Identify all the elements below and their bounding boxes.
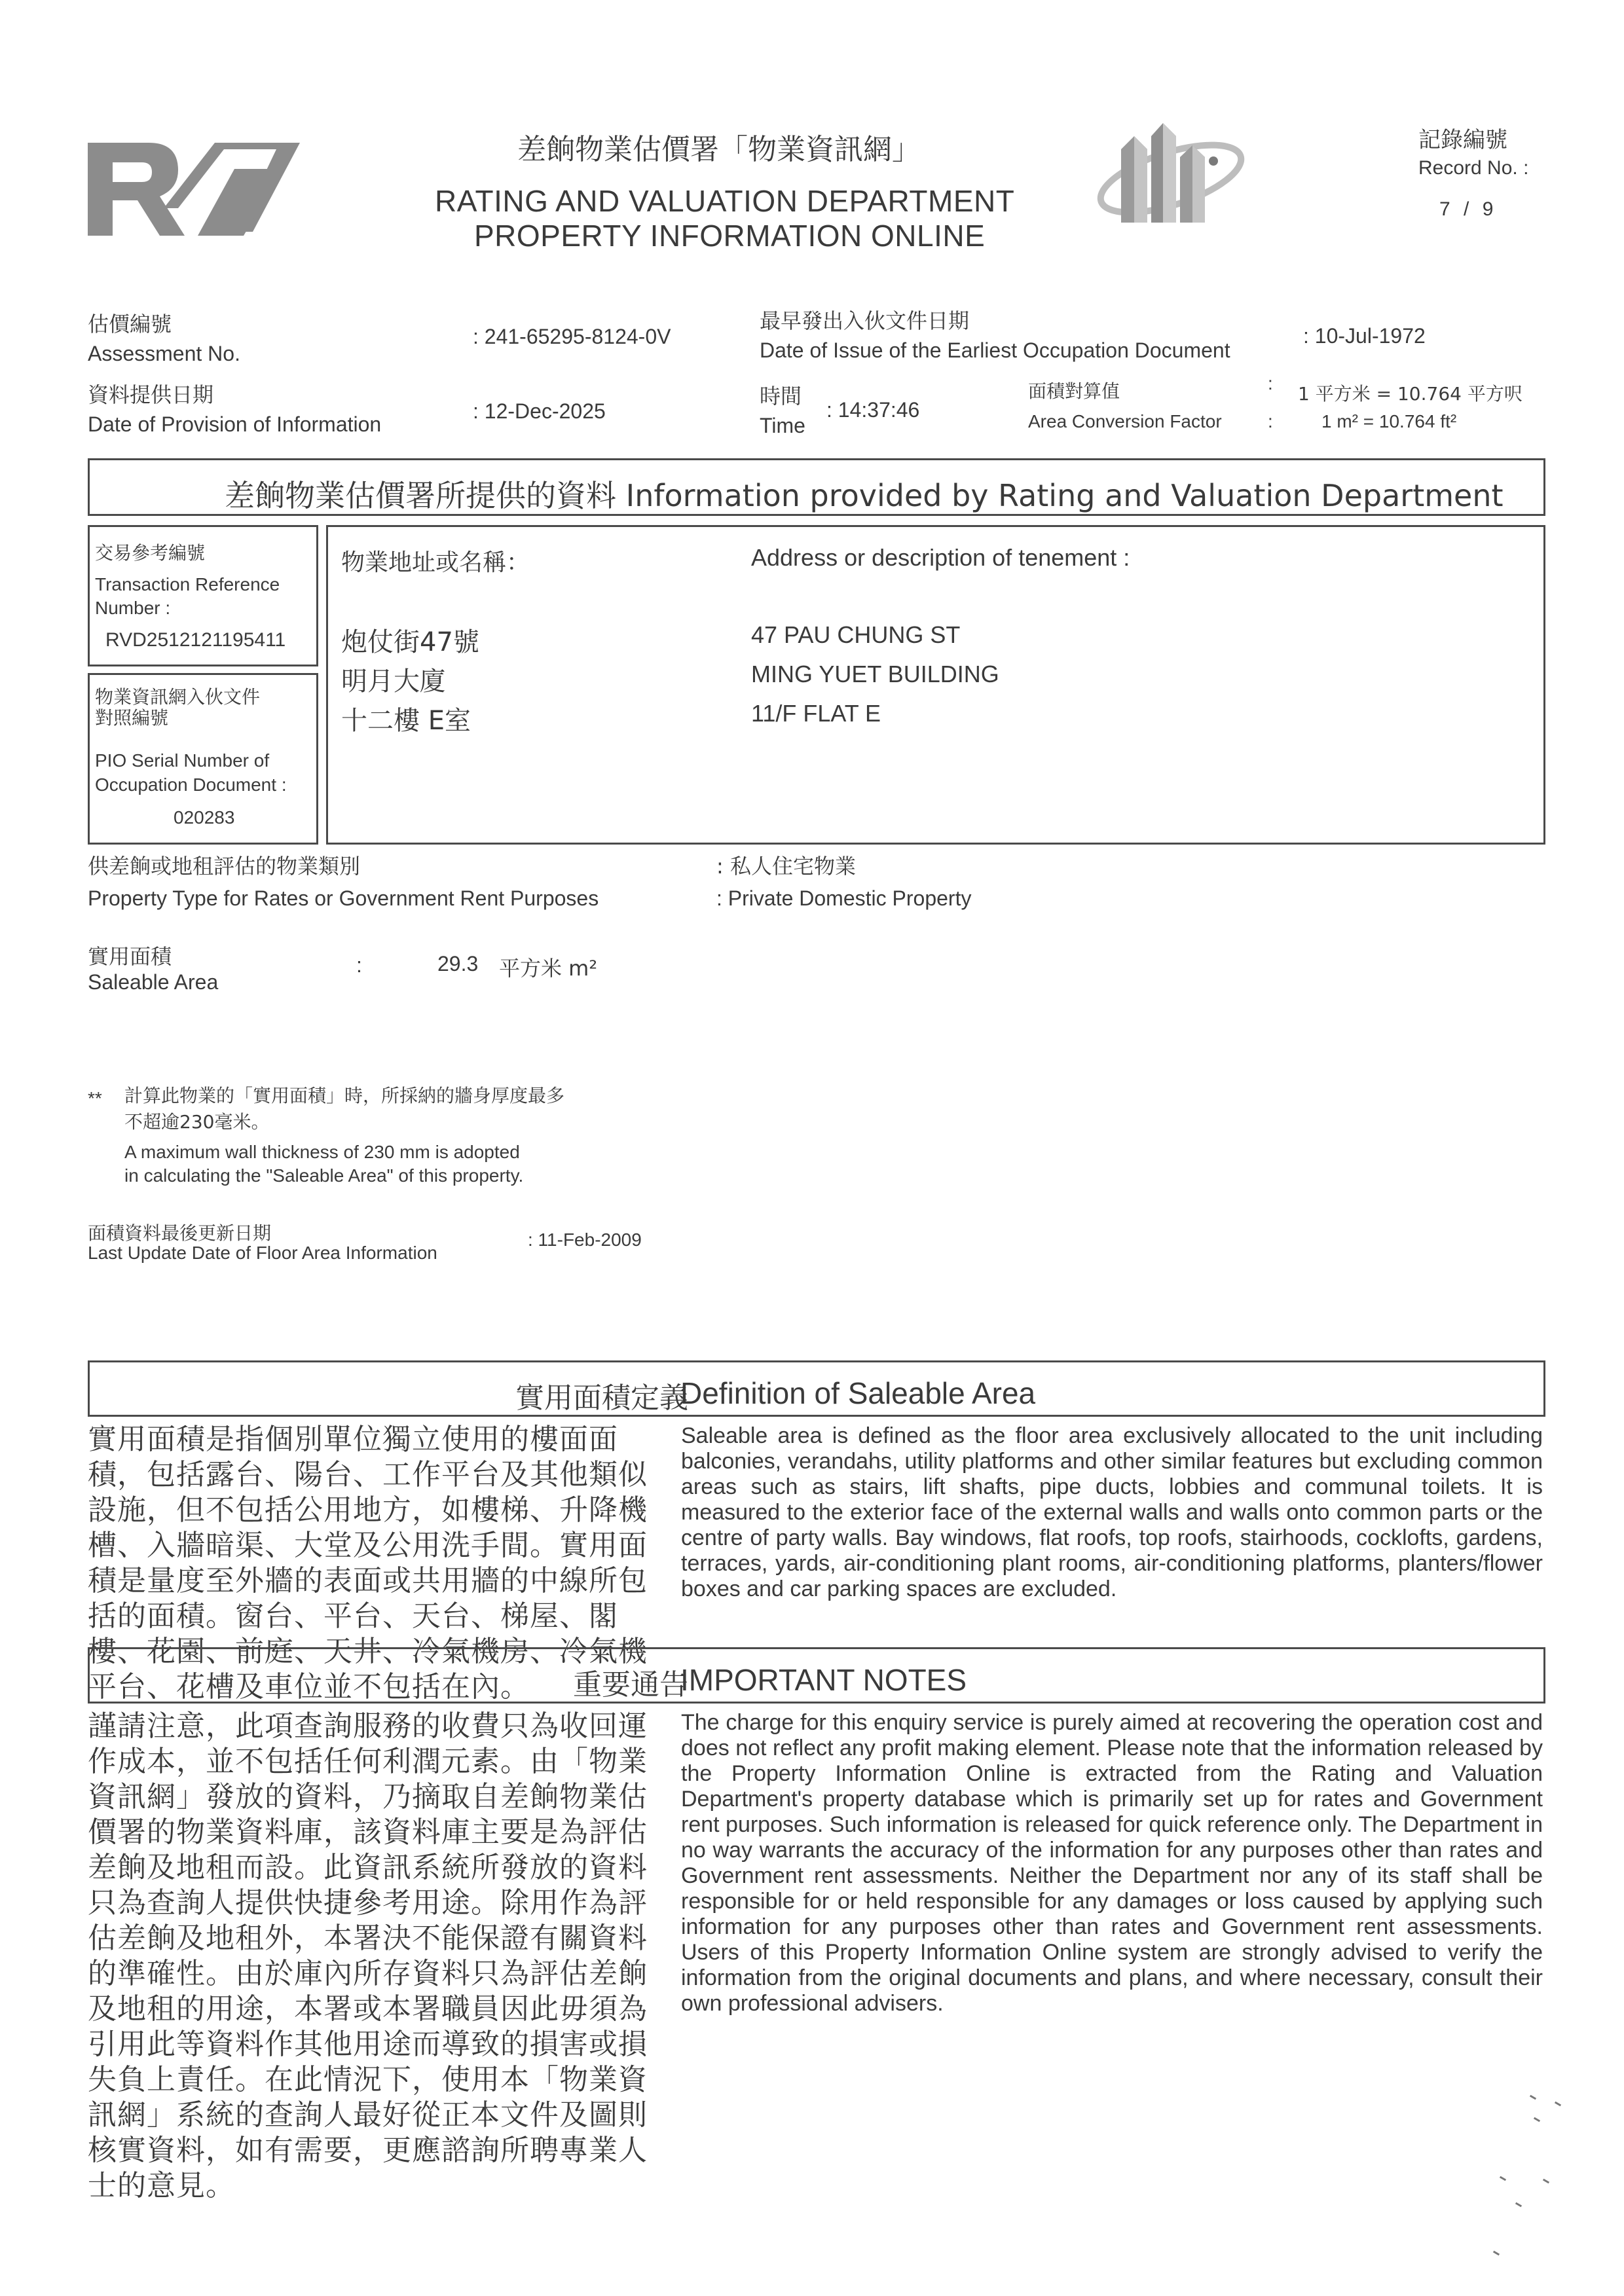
- pio-label-en: PIO Serial Number of: [95, 750, 269, 771]
- saleable-area-label-zh: 實用面積: [88, 940, 172, 970]
- property-type-label-zh: 供差餉或地租評估的物業類別: [88, 850, 360, 880]
- definition-text-en: Saleable area is defined as the floor ar…: [681, 1423, 1543, 1602]
- scan-artifact: [1555, 2102, 1561, 2107]
- scan-artifact: [1515, 2202, 1522, 2208]
- notes-text-zh: 謹請注意，此項查詢服務的收費只為收回運作成本，並不包括任何利潤元素。由「物業資訊…: [88, 1709, 663, 2204]
- property-type-value-en: : Private Domestic Property: [716, 886, 971, 911]
- occupation-date-label-zh: 最早發出入伙文件日期: [760, 304, 969, 335]
- transaction-reference-number: RVD2512121195411: [105, 629, 286, 651]
- saleable-area-unit: 平方米 m²: [499, 952, 597, 982]
- address-en-line: MING YUET BUILDING: [751, 661, 999, 688]
- provision-date: : 12-Dec-2025: [473, 399, 606, 424]
- scan-artifact: [1500, 2176, 1506, 2181]
- transaction-reference-box: 交易參考編號 Transaction Reference Number : RV…: [88, 525, 318, 666]
- property-type-label-en: Property Type for Rates or Government Re…: [88, 886, 599, 911]
- transaction-label-en: Transaction Reference: [95, 574, 280, 595]
- address-en-line: 47 PAU CHUNG ST: [751, 621, 960, 649]
- scan-artifact: [1543, 2179, 1549, 2184]
- notes-header: 重要通告 IMPORTANT NOTES: [88, 1647, 1545, 1704]
- address-box: 物業地址或名稱： Address or description of tenem…: [326, 525, 1545, 845]
- update-date-label-en: Last Update Date of Floor Area Informati…: [88, 1243, 437, 1264]
- rv-logo: [86, 136, 303, 241]
- pio-serial-box: 物業資訊網入伙文件 對照編號 PIO Serial Number of Occu…: [88, 673, 318, 845]
- buildings-orbit-logo: [1092, 123, 1249, 228]
- footnote-en-line: in calculating the "Saleable Area" of th…: [124, 1165, 523, 1186]
- title-chinese: 差餉物業估價署「物業資訊網」: [517, 126, 921, 168]
- provision-date-label-en: Date of Provision of Information: [88, 412, 381, 437]
- assessment-label-en: Assessment No.: [88, 342, 240, 366]
- record-label-zh: 記錄編號: [1418, 122, 1507, 154]
- record-label-en: Record No. :: [1418, 157, 1528, 179]
- update-date: : 11-Feb-2009: [528, 1230, 642, 1250]
- occupation-date-label-en: Date of Issue of the Earliest Occupation…: [760, 338, 1230, 363]
- notes-title-en: IMPORTANT NOTES: [680, 1662, 967, 1698]
- pio-serial-number: 020283: [174, 807, 234, 828]
- notes-text-en: The charge for this enquiry service is p…: [681, 1710, 1543, 2016]
- pio-label-en: Occupation Document :: [95, 774, 287, 795]
- saleable-area-label-en: Saleable Area: [88, 970, 218, 994]
- footnote-zh-line: 計算此物業的「實用面積」時，所採納的牆身厚度最多: [124, 1082, 564, 1108]
- title-english-line1: RATING AND VALUATION DEPARTMENT: [435, 183, 1014, 219]
- property-type-value-zh: : 私人住宅物業: [716, 850, 856, 880]
- conversion-colon: :: [1268, 411, 1273, 432]
- transaction-label-en: Number :: [95, 598, 170, 619]
- footnote-marker: **: [88, 1088, 102, 1109]
- record-number: 7 / 9: [1439, 198, 1497, 221]
- transaction-label-zh: 交易參考編號: [95, 539, 205, 565]
- conversion-label-en: Area Conversion Factor: [1028, 411, 1222, 432]
- footnote-en-line: A maximum wall thickness of 230 mm is ad…: [124, 1142, 520, 1163]
- address-en-line: 11/F FLAT E: [751, 700, 881, 727]
- address-zh-line: 明月大廈: [341, 661, 446, 698]
- info-section-header: 差餉物業估價署所提供的資料 Information provided by Ra…: [88, 458, 1545, 516]
- assessment-number: : 241-65295-8124-0V: [473, 325, 671, 349]
- time-label-en: Time: [760, 414, 805, 438]
- pio-label-zh: 對照編號: [95, 704, 168, 730]
- info-section-title: 差餉物業估價署所提供的資料 Information provided by Ra…: [225, 472, 1504, 515]
- scan-artifact: [1493, 2251, 1500, 2256]
- occupation-date: : 10-Jul-1972: [1303, 324, 1426, 348]
- time-value: : 14:37:46: [826, 398, 919, 422]
- definition-title-en: Definition of Saleable Area: [680, 1376, 1035, 1411]
- provision-date-label-zh: 資料提供日期: [88, 378, 213, 409]
- address-label-zh: 物業地址或名稱：: [341, 544, 530, 577]
- scan-artifact: [1534, 2117, 1540, 2123]
- notes-title-zh: 重要通告: [573, 1661, 688, 1703]
- conversion-value-en: 1 m² = 10.764 ft²: [1321, 411, 1456, 432]
- definition-header: 實用面積定義 Definition of Saleable Area: [88, 1360, 1545, 1417]
- conversion-label-zh: 面積對算值: [1028, 377, 1120, 403]
- scan-artifact: [1530, 2095, 1536, 2100]
- saleable-area-colon: :: [356, 953, 362, 977]
- time-label-zh: 時間: [760, 380, 802, 410]
- title-english-line2: PROPERTY INFORMATION ONLINE: [474, 218, 985, 253]
- conversion-colon: :: [1268, 373, 1273, 394]
- address-zh-line: 炮仗街47號: [341, 621, 479, 659]
- footnote-zh-line: 不超逾230毫米。: [124, 1108, 269, 1134]
- assessment-label-zh: 估價編號: [88, 308, 172, 338]
- conversion-value-zh: 1 平方米 = 10.764 平方呎: [1298, 380, 1522, 406]
- update-date-label-zh: 面積資料最後更新日期: [88, 1219, 271, 1245]
- address-zh-line: 十二樓 E室: [341, 700, 471, 737]
- saleable-area-value: 29.3: [437, 952, 478, 976]
- address-label-en: Address or description of tenement :: [751, 544, 1130, 572]
- definition-title-zh: 實用面積定義: [515, 1374, 688, 1416]
